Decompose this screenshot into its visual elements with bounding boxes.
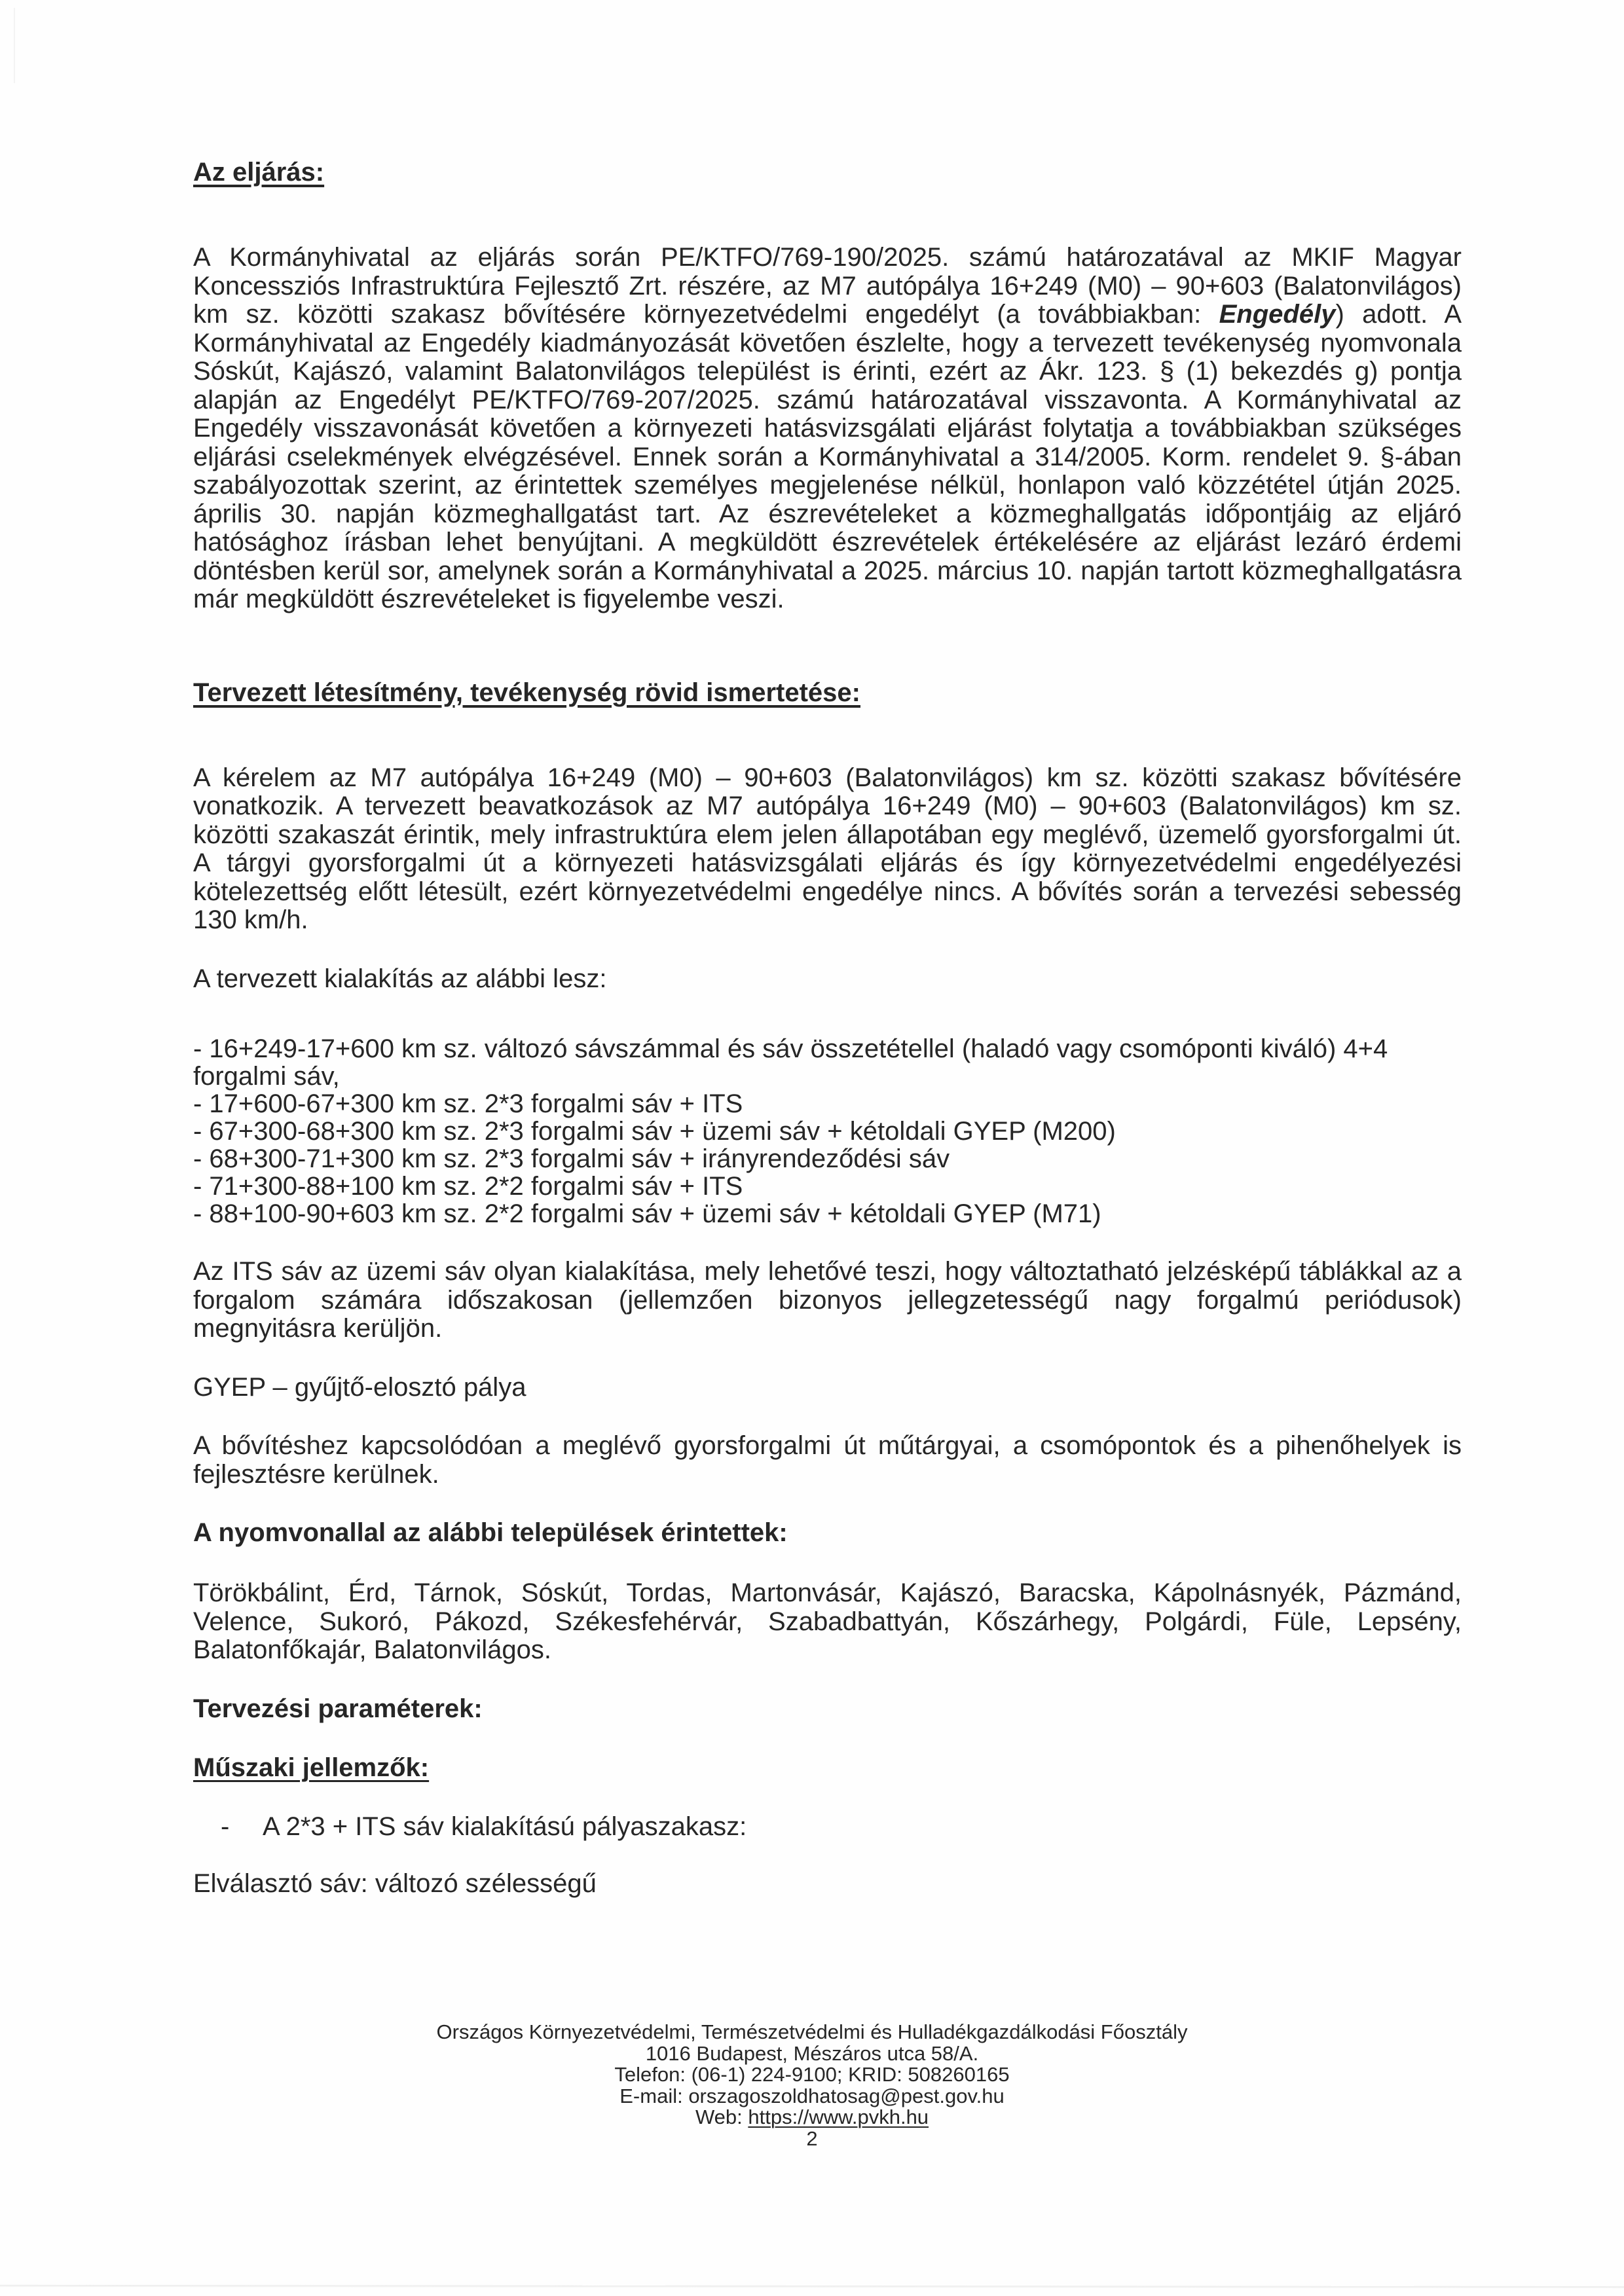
scan-edge-artifact [14, 8, 15, 83]
footer-address: 1016 Budapest, Mészáros utca 58/A. [0, 2043, 1624, 2065]
section-heading-design-parameters: Tervezési paraméterek: [193, 1692, 1462, 1725]
footer-phone: Telefon: (06-1) 224-9100; KRID: 50826016… [0, 2064, 1624, 2086]
layout-intro: A tervezett kialakítás az alábbi lesz: [193, 965, 1462, 994]
layout-item: - 16+249-17+600 km sz. változó sávszámma… [193, 1035, 1462, 1090]
scan-edge-artifact [0, 2285, 1624, 2288]
footer-email: E-mail: orszagoszoldhatosag@pest.gov.hu [0, 2086, 1624, 2107]
section-heading-settlements: A nyomvonallal az alábbi települések éri… [193, 1516, 1462, 1549]
bullet-dash: - [221, 1813, 263, 1842]
description-paragraph: A kérelem az M7 autópálya 16+249 (M0) – … [193, 764, 1462, 935]
defined-term-engedely: Engedély [1219, 300, 1336, 329]
section-heading-procedure: Az eljárás: [193, 156, 1462, 189]
procedure-text-part2: ) adott. A Kormányhivatal az Engedély ki… [193, 300, 1462, 613]
layout-item: - 68+300-71+300 km sz. 2*3 forgalmi sáv … [193, 1145, 1462, 1173]
section-heading-description: Tervezett létesítmény, tevékenység rövid… [193, 676, 1462, 709]
settlements-list: Törökbálint, Érd, Tárnok, Sóskút, Tordas… [193, 1579, 1462, 1665]
bullet-text: A 2*3 + ITS sáv kialakítású pályaszakasz… [263, 1813, 747, 1842]
layout-item: - 88+100-90+603 km sz. 2*2 forgalmi sáv … [193, 1200, 1462, 1228]
document-page: Az eljárás: A Kormányhivatal az eljárás … [0, 0, 1624, 2296]
design-bullet: - A 2*3 + ITS sáv kialakítású pályaszaka… [193, 1813, 1462, 1842]
layout-item: - 67+300-68+300 km sz. 2*3 forgalmi sáv … [193, 1118, 1462, 1145]
separator-lane-line: Elválasztó sáv: változó szélességű [193, 1870, 1462, 1899]
subheading-technical-features: Műszaki jellemzők: [193, 1751, 1462, 1784]
footer-web-link[interactable]: https://www.pvkh.hu [748, 2105, 929, 2128]
document-body: Az eljárás: A Kormányhivatal az eljárás … [193, 156, 1462, 1899]
layout-item: - 71+300-88+100 km sz. 2*2 forgalmi sáv … [193, 1173, 1462, 1200]
procedure-paragraph: A Kormányhivatal az eljárás során PE/KTF… [193, 244, 1462, 614]
layout-list: - 16+249-17+600 km sz. változó sávszámma… [193, 1035, 1462, 1228]
its-note: Az ITS sáv az üzemi sáv olyan kialakítás… [193, 1258, 1462, 1343]
page-number: 2 [0, 2128, 1624, 2149]
footer-department: Országos Környezetvédelmi, Természetvéde… [0, 2022, 1624, 2043]
footer-web: Web: https://www.pvkh.hu [0, 2107, 1624, 2128]
related-works: A bővítéshez kapcsolódóan a meglévő gyor… [193, 1432, 1462, 1489]
page-footer: Országos Környezetvédelmi, Természetvéde… [0, 2022, 1624, 2149]
gyep-definition: GYEP – gyűjtő-elosztó pálya [193, 1374, 1462, 1402]
layout-item: - 17+600-67+300 km sz. 2*3 forgalmi sáv … [193, 1090, 1462, 1118]
footer-web-label: Web: [695, 2105, 748, 2128]
